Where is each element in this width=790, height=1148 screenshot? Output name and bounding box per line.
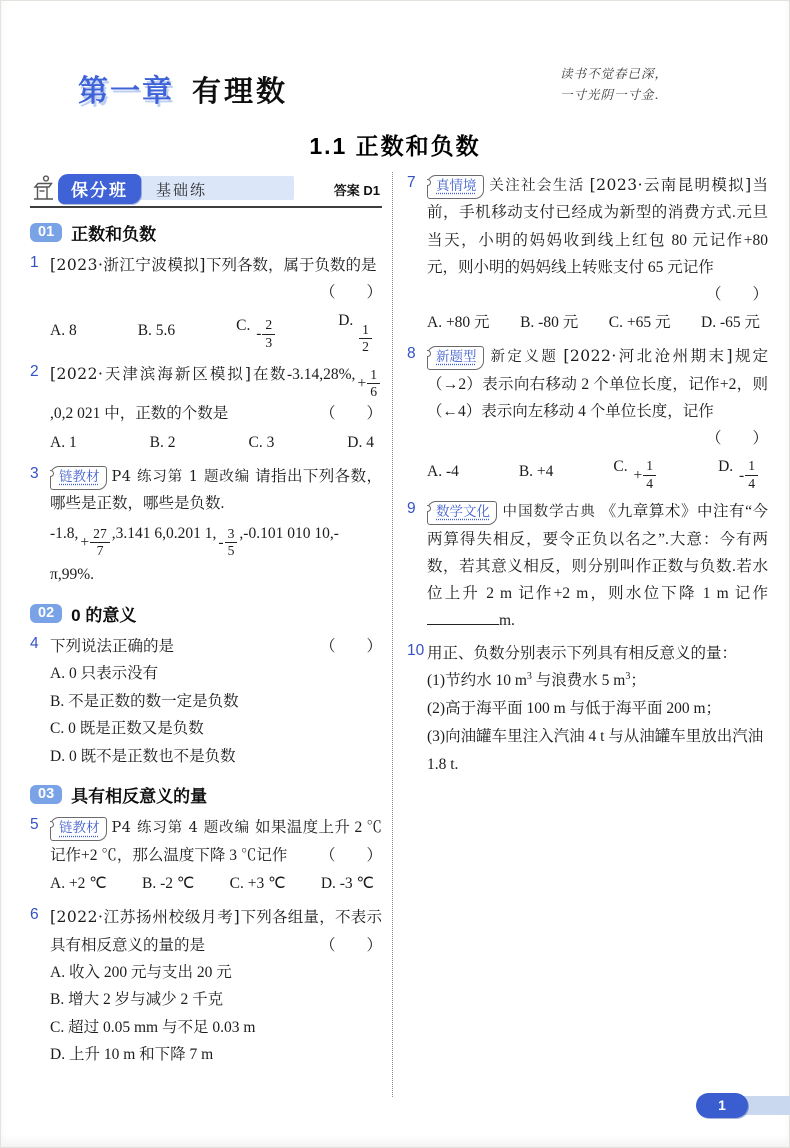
fraction: +277 bbox=[80, 526, 109, 560]
question-text: 用正、负数分别表示下列具有相反意义的量： bbox=[427, 640, 768, 667]
question-number: 7 bbox=[407, 172, 427, 337]
fraction: +16 bbox=[357, 367, 380, 401]
option-a: A. 0 只表示没有 bbox=[50, 660, 382, 688]
option-a: A. +80 元 bbox=[427, 308, 490, 337]
question-7: 7 真情境关注社会生活[2023·云南昆明模拟]当前，手机移动支付已经成为新型的… bbox=[407, 172, 768, 337]
band-badge: 保分班 bbox=[58, 174, 141, 204]
answer-brackets: （ ） bbox=[320, 400, 382, 427]
source-citation: [2022·天津滨海新区模拟] bbox=[50, 365, 251, 383]
question-body: 新题型新定义题[2022·河北沧州期末]规定（→2）表示向右移动 2 个单位长度… bbox=[427, 343, 768, 492]
tag-real-context: 真情境 bbox=[427, 175, 484, 199]
question-8: 8 新题型新定义题[2022·河北沧州期末]规定（→2）表示向右移动 2 个单位… bbox=[407, 343, 768, 492]
option-b: B. 不是正数的数一定是负数 bbox=[50, 688, 382, 716]
question-number: 10 bbox=[407, 640, 427, 779]
tag-label: 链教材 bbox=[59, 469, 100, 485]
tag-subtitle: P4 练习第 1 题改编 bbox=[112, 469, 251, 485]
section-title: 正数和负数 bbox=[71, 220, 156, 245]
level-band: 保分班 基础练 答案 D1 bbox=[30, 172, 382, 208]
option-a: A. -4 bbox=[427, 457, 459, 486]
tag-subtitle: P4 练习第 4 题改编 bbox=[112, 820, 250, 836]
answer-brackets: （ ） bbox=[320, 279, 382, 306]
source-citation: [2022·江苏扬州校级月考] bbox=[50, 908, 240, 926]
option-a: A. 8 bbox=[50, 316, 77, 345]
options-row: A. 1 B. 2 C. 3 D. 4 bbox=[50, 428, 382, 457]
page-number-badge: 1 bbox=[696, 1093, 748, 1118]
left-column: 保分班 基础练 答案 D1 01 正数和负数 1 [2023·浙江宁波模拟]下列… bbox=[30, 172, 393, 1097]
question-number: 8 bbox=[407, 343, 427, 492]
question-5: 5 链教材P4 练习第 4 题改编如果温度上升 2 ℃记作+2 ℃，那么温度下降… bbox=[30, 814, 382, 898]
answer-brackets: （ ） bbox=[320, 932, 382, 959]
options-row: A. 8 B. 5.6 C. -23 D. 12 bbox=[50, 306, 382, 355]
question-number: 4 bbox=[30, 633, 50, 770]
section-title: 0 的意义 bbox=[71, 601, 136, 626]
question-text: [2022·天津滨海新区模拟]在数-3.14,28%,+16,0,2 021 中… bbox=[50, 361, 382, 427]
superscript: 3 bbox=[527, 671, 532, 682]
question-text: 真情境关注社会生活[2023·云南昆明模拟]当前，手机移动支付已经成为新型的消费… bbox=[427, 172, 768, 281]
workbook-page: 第一章 有理数 读书不觉春已深， 一寸光阴一寸金. 1.1 正数和负数 bbox=[0, 0, 790, 1148]
option-d: D. -3 ℃ bbox=[321, 869, 374, 898]
option-c: C. +3 ℃ bbox=[230, 869, 286, 898]
question-text: 下列说法正确的是（ ） bbox=[50, 633, 382, 660]
question-number: 2 bbox=[30, 361, 50, 457]
motto-line-2: 一寸光阴一寸金. bbox=[560, 85, 668, 106]
sub-item-1: (1)节约水 10 m3 与浪费水 5 m3； bbox=[427, 667, 768, 695]
question-body: 下列说法正确的是（ ） A. 0 只表示没有 B. 不是正数的数一定是负数 C.… bbox=[50, 633, 382, 770]
tag-textbook-link: 链教材 bbox=[50, 466, 107, 490]
section-number-badge: 02 bbox=[30, 604, 62, 623]
question-6: 6 [2022·江苏扬州校级月考]下列各组量，不表示具有相反意义的量的是（ ） … bbox=[30, 904, 382, 1069]
section-title: 具有相反意义的量 bbox=[71, 782, 207, 807]
option-a: A. +2 ℃ bbox=[50, 869, 107, 898]
option-b: B. -2 ℃ bbox=[142, 869, 194, 898]
motto: 读书不觉春已深， 一寸光阴一寸金. bbox=[560, 64, 668, 105]
answer-reference: 答案 D1 bbox=[334, 180, 382, 199]
sub-items: (1)节约水 10 m3 与浪费水 5 m3； (2)高于海平面 100 m 与… bbox=[427, 667, 768, 779]
options-row: A. +80 元 B. -80 元 C. +65 元 D. -65 元 bbox=[427, 308, 768, 337]
answer-brackets: （ ） bbox=[320, 842, 382, 869]
source-citation: [2023·云南昆明模拟] bbox=[590, 176, 752, 194]
fraction: -23 bbox=[256, 317, 275, 351]
option-b: B. 2 bbox=[150, 428, 176, 457]
options-row: A. +2 ℃ B. -2 ℃ C. +3 ℃ D. -3 ℃ bbox=[50, 869, 382, 898]
fraction: 12 bbox=[359, 322, 372, 356]
answer-brackets: （ ） bbox=[706, 425, 768, 452]
section-number-badge: 03 bbox=[30, 785, 62, 804]
question-number: 5 bbox=[30, 814, 50, 898]
band-sub-label: 基础练 bbox=[156, 179, 207, 200]
question-number: 6 bbox=[30, 904, 50, 1069]
chapter-number: 第一章 bbox=[78, 75, 174, 108]
chapter-title: 有理数 bbox=[192, 76, 288, 108]
question-number: 1 bbox=[30, 252, 50, 355]
number-list: -1.8,+277,3.141 6,0.201 1,-35,-0.101 010… bbox=[50, 519, 382, 589]
option-c: C. -23 bbox=[236, 311, 277, 351]
option-c: C. 0 既是正数又是负数 bbox=[50, 715, 382, 743]
option-d: D. -14 bbox=[718, 452, 760, 492]
question-3: 3 链教材P4 练习第 1 题改编请指出下列各数，哪些是正数，哪些是负数. -1… bbox=[30, 463, 382, 589]
question-body: 真情境关注社会生活[2023·云南昆明模拟]当前，手机移动支付已经成为新型的消费… bbox=[427, 172, 768, 337]
tag-textbook-link: 链教材 bbox=[50, 817, 107, 841]
question-text: 新题型新定义题[2022·河北沧州期末]规定（→2）表示向右移动 2 个单位长度… bbox=[427, 343, 768, 425]
question-10: 10 用正、负数分别表示下列具有相反意义的量： (1)节约水 10 m3 与浪费… bbox=[407, 640, 768, 779]
answer-brackets: （ ） bbox=[706, 281, 768, 308]
question-text: [2023·浙江宁波模拟]下列各数，属于负数的是（ ） bbox=[50, 252, 382, 279]
options-block: A. 收入 200 元与支出 20 元 B. 增大 2 岁与减少 2 千克 C.… bbox=[50, 959, 382, 1069]
tag-subtitle: 中国数学古典 bbox=[502, 504, 596, 520]
tag-label: 真情境 bbox=[436, 178, 477, 194]
question-number: 3 bbox=[30, 463, 50, 589]
option-d: D. -65 元 bbox=[701, 308, 760, 337]
two-column-layout: 保分班 基础练 答案 D1 01 正数和负数 1 [2023·浙江宁波模拟]下列… bbox=[30, 172, 768, 1097]
question-body: [2023·浙江宁波模拟]下列各数，属于负数的是（ ） A. 8 B. 5.6 … bbox=[50, 252, 382, 355]
question-4: 4 下列说法正确的是（ ） A. 0 只表示没有 B. 不是正数的数一定是负数 … bbox=[30, 633, 382, 770]
fraction: -14 bbox=[739, 458, 758, 492]
question-number: 9 bbox=[407, 498, 427, 634]
tag-subtitle: 新定义题 bbox=[489, 349, 559, 365]
fraction: -35 bbox=[218, 526, 237, 560]
option-b: B. -80 元 bbox=[520, 308, 578, 337]
section-heading-2: 02 0 的意义 bbox=[30, 601, 382, 626]
answer-blank bbox=[427, 610, 499, 625]
option-a: A. 收入 200 元与支出 20 元 bbox=[50, 959, 382, 987]
options-block: A. 0 只表示没有 B. 不是正数的数一定是负数 C. 0 既是正数又是负数 … bbox=[50, 660, 382, 770]
source-citation: [2023·浙江宁波模拟] bbox=[50, 256, 206, 274]
section-number-badge: 01 bbox=[30, 223, 62, 242]
option-a: A. 1 bbox=[50, 428, 77, 457]
fraction: +14 bbox=[634, 458, 657, 492]
question-body: 数学文化中国数学古典《九章算术》中注有“今两算得失相反，要令正负以名之”.大意：… bbox=[427, 498, 768, 634]
motto-line-1: 读书不觉春已深， bbox=[560, 64, 668, 85]
lesson-title: 1.1 正数和负数 bbox=[0, 128, 790, 161]
chapter-header: 第一章 有理数 bbox=[78, 66, 288, 110]
question-body: 用正、负数分别表示下列具有相反意义的量： (1)节约水 10 m3 与浪费水 5… bbox=[427, 640, 768, 779]
question-body: 链教材P4 练习第 4 题改编如果温度上升 2 ℃记作+2 ℃，那么温度下降 3… bbox=[50, 814, 382, 898]
tag-math-culture: 数学文化 bbox=[427, 501, 497, 525]
question-text: [2022·江苏扬州校级月考]下列各组量，不表示具有相反意义的量的是（ ） bbox=[50, 904, 382, 958]
tag-new-type: 新题型 bbox=[427, 346, 484, 370]
option-b: B. 5.6 bbox=[138, 316, 175, 345]
option-b: B. 增大 2 岁与减少 2 千克 bbox=[50, 986, 382, 1014]
source-citation: [2022·河北沧州期末] bbox=[563, 347, 733, 365]
tag-label: 数学文化 bbox=[436, 504, 490, 520]
lectern-person-icon bbox=[30, 174, 56, 205]
sub-item-2: (2)高于海平面 100 m 与低于海平面 200 m； bbox=[427, 695, 768, 723]
tag-subtitle: 关注社会生活 bbox=[489, 178, 585, 194]
options-row: A. -4 B. +4 C. +14 D. -14 bbox=[427, 452, 768, 492]
tag-label: 新题型 bbox=[436, 349, 477, 365]
option-d: D. 上升 10 m 和下降 7 m bbox=[50, 1041, 382, 1069]
answer-brackets: （ ） bbox=[320, 633, 382, 660]
question-1: 1 [2023·浙江宁波模拟]下列各数，属于负数的是（ ） A. 8 B. 5.… bbox=[30, 252, 382, 355]
question-body: [2022·天津滨海新区模拟]在数-3.14,28%,+16,0,2 021 中… bbox=[50, 361, 382, 457]
band-group: 保分班 基础练 bbox=[58, 172, 207, 206]
option-c: C. 3 bbox=[248, 428, 274, 457]
question-body: 链教材P4 练习第 1 题改编请指出下列各数，哪些是正数，哪些是负数. -1.8… bbox=[50, 463, 382, 589]
option-d: D. 12 bbox=[338, 306, 374, 355]
option-d: D. 4 bbox=[347, 428, 374, 457]
option-c: C. 超过 0.05 mm 与不足 0.03 m bbox=[50, 1014, 382, 1042]
section-heading-3: 03 具有相反意义的量 bbox=[30, 782, 382, 807]
option-c: C. +65 元 bbox=[609, 308, 671, 337]
option-d: D. 0 既不是正数也不是负数 bbox=[50, 743, 382, 771]
option-b: B. +4 bbox=[519, 457, 554, 486]
section-heading-1: 01 正数和负数 bbox=[30, 220, 382, 245]
question-2: 2 [2022·天津滨海新区模拟]在数-3.14,28%,+16,0,2 021… bbox=[30, 361, 382, 457]
question-text: 链教材P4 练习第 4 题改编如果温度上升 2 ℃记作+2 ℃，那么温度下降 3… bbox=[50, 814, 382, 869]
tag-label: 链教材 bbox=[59, 820, 100, 836]
sub-item-3: (3)向油罐车里注入汽油 4 t 与从油罐车里放出汽油 1.8 t. bbox=[427, 723, 768, 779]
question-text: 链教材P4 练习第 1 题改编请指出下列各数，哪些是正数，哪些是负数. bbox=[50, 463, 382, 518]
question-9: 9 数学文化中国数学古典《九章算术》中注有“今两算得失相反，要令正负以名之”.大… bbox=[407, 498, 768, 634]
question-text: 数学文化中国数学古典《九章算术》中注有“今两算得失相反，要令正负以名之”.大意：… bbox=[427, 498, 768, 634]
right-column: 7 真情境关注社会生活[2023·云南昆明模拟]当前，手机移动支付已经成为新型的… bbox=[393, 172, 768, 1097]
question-body: [2022·江苏扬州校级月考]下列各组量，不表示具有相反意义的量的是（ ） A.… bbox=[50, 904, 382, 1069]
option-c: C. +14 bbox=[613, 452, 658, 492]
superscript: 3 bbox=[625, 671, 630, 682]
